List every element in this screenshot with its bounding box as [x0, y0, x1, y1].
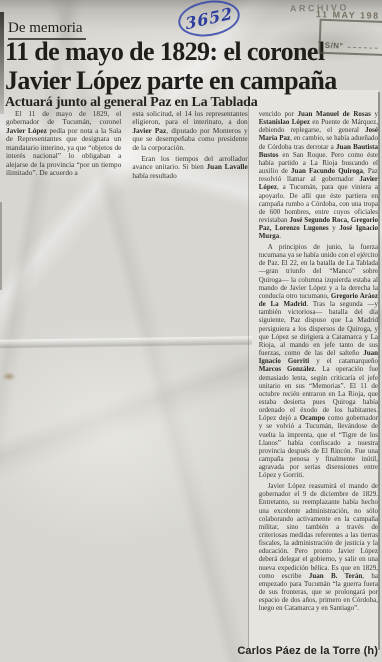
sn-stamp-line: [348, 47, 378, 49]
article-paragraph: vencido por Juan Manuel de Rosas y Estan…: [259, 110, 378, 241]
right-edge-rule: [378, 92, 380, 650]
body-text: esta solicitud, el 14 los representantes…: [132, 109, 247, 126]
bold-person-name: Ocampo: [300, 414, 325, 422]
article-paragraph: Javier López reasumirá el mando de gober…: [259, 482, 378, 613]
body-text: había resultado: [132, 171, 176, 180]
bold-person-name: Marcos González: [259, 365, 315, 373]
body-text: . Tras la segunda —y también victoriosa—…: [259, 300, 378, 357]
article-paragraph: Eran los tiempos del arrollador avance u…: [132, 155, 247, 180]
article-body: El 11 de mayo de 1829, el gobernador de …: [6, 110, 378, 613]
article-paragraph: El 11 de mayo de 1829, el gobernador de …: [6, 110, 121, 178]
article-column-3: vencido por Juan Manuel de Rosas y Estan…: [259, 110, 378, 613]
bold-person-name: Estanislao López: [259, 118, 310, 126]
body-text: y: [371, 110, 378, 118]
article-subhead: Actuará junto al general Paz en La Tabla…: [5, 95, 258, 110]
body-text: Javier López reasumirá el mando de gober…: [259, 482, 378, 580]
bold-person-name: Juan Manuel de Rosas: [298, 110, 371, 118]
newspaper-clipping-page: De memoria 11 de mayo de 1829: el corone…: [0, 0, 382, 662]
body-text: y el catamarqueño: [309, 357, 378, 365]
body-text: .: [279, 232, 281, 240]
headline-line-2: Javier López parte en campaña: [5, 67, 381, 96]
author-byline: Carlos Páez de la Torre (h): [237, 645, 378, 657]
article-column-1: El 11 de mayo de 1829, el gobernador de …: [6, 110, 121, 178]
sn-stamp-box: S/N°: [318, 19, 382, 57]
body-text: vencido por: [259, 110, 298, 118]
left-edge-shadow-lower: [0, 202, 2, 290]
handwritten-number-circle: 3652: [176, 0, 243, 41]
bold-person-name: Juan B. Terán: [309, 572, 362, 580]
bold-person-name: Juan Facundo Quiroga: [291, 167, 363, 175]
body-text: pedía por nota a la Sala de Representant…: [6, 126, 121, 177]
article-paragraph: A principios de junio, la fuerza tucuman…: [259, 243, 378, 480]
body-text: El 11 de mayo de 1829, el gobernador de …: [6, 109, 121, 126]
left-edge-shadow: [0, 12, 4, 114]
body-text: y: [329, 224, 340, 232]
sn-stamp-label: S/N°: [325, 41, 344, 51]
article-paragraph: esta solicitud, el 14 los representantes…: [132, 110, 247, 152]
bold-person-name: Juan Lavalle: [207, 162, 248, 171]
handwritten-archive-number: 3652: [184, 4, 234, 34]
article-column-2: esta solicitud, el 14 los representantes…: [132, 110, 247, 180]
body-text: como gobernador y se volvió a Tucumán, l…: [259, 414, 378, 479]
